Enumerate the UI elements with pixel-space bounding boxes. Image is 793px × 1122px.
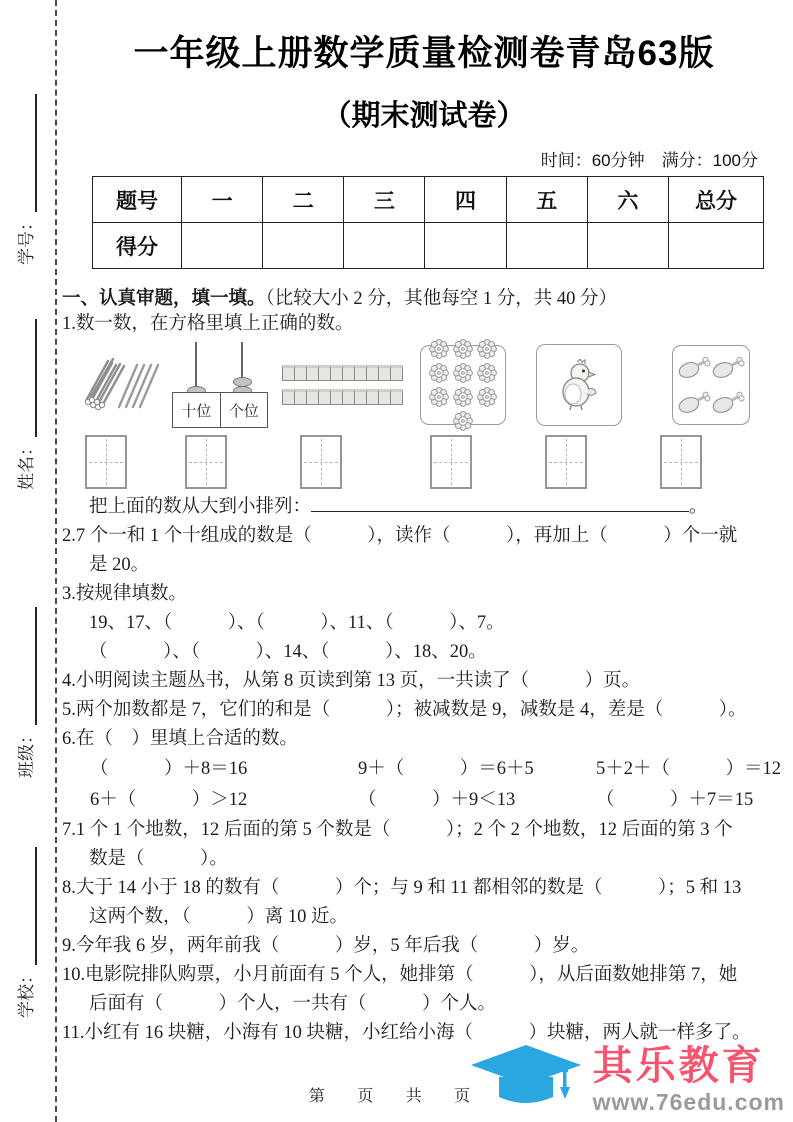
question-2-cont: 是 20。 [62, 551, 786, 580]
cube-rows-icon [282, 365, 402, 405]
question-6: 6.在（ ）里填上合适的数。 [62, 725, 786, 754]
page-title: 一年级上册数学质量检测卷青岛63版 [62, 26, 786, 76]
page-footer: 第 页 共 页 [309, 1083, 484, 1106]
sidebar-label: 学校： [12, 967, 37, 1018]
question-1: 1.数一数，在方格里填上正确的数。 [62, 310, 786, 339]
score-cell[interactable] [344, 223, 425, 269]
score-table: 题号 一 二 三 四 五 六 总分 得分 [92, 176, 764, 269]
tens-label: 十位 [173, 393, 221, 427]
ones-label: 个位 [221, 393, 268, 427]
question-1-answer-row [62, 433, 786, 493]
answer-box[interactable] [300, 435, 342, 489]
score-header: 六 [587, 177, 668, 223]
score-cell[interactable] [587, 223, 668, 269]
answer-box[interactable] [185, 435, 227, 489]
sidebar-blank-line[interactable] [31, 94, 37, 212]
question-2: 2.7 个一和 1 个十组成的数是（ ），读作（ ），再加上（ ）个一就 [62, 522, 786, 551]
question-7-cont: 数是（ ）。 [62, 845, 786, 874]
question-5: 5.两个加数都是 7，它们的和是（ ）；被减数是 9，减数是 4，差是（ ）。 [62, 696, 786, 725]
brand-name: 其乐教育 [593, 1034, 765, 1091]
flower-icon [428, 362, 450, 384]
score-cell[interactable] [182, 223, 263, 269]
section-1-points: （比较大小 2 分，其他每空 1 分，共 40 分） [266, 289, 618, 309]
question-9: 9.今年我 6 岁，两年前我（ ）岁，5 年后我（ ）岁。 [62, 932, 786, 961]
score-header: 一 [182, 177, 263, 223]
sidebar-blank-line[interactable] [31, 607, 37, 725]
flower-icon [452, 410, 474, 432]
flower-icon [452, 386, 474, 408]
answer-box[interactable] [85, 435, 127, 489]
drumstick-icon [677, 355, 711, 381]
question-8: 8.大于 14 小于 18 的数有（ ）个；与 9 和 11 都相邻的数是（ ）… [62, 874, 786, 903]
score-cell[interactable] [263, 223, 344, 269]
question-7: 7.1 个 1 个地数，12 后面的第 5 个数是（ ）；2 个 2 个地数，1… [62, 816, 786, 845]
section-1-title: 一、认真审题，填一填。 [62, 287, 266, 308]
flower-icon [476, 338, 498, 360]
expression: 6＋（ ）＞12 [90, 785, 358, 816]
chick-icon [557, 359, 601, 411]
question-1-pictures: 十位 个位 [62, 341, 786, 429]
answer-box[interactable] [660, 435, 702, 489]
sidebar-field-student-name[interactable]: 姓名： [13, 290, 37, 490]
score-header-row: 题号 一 二 三 四 五 六 总分 [93, 177, 764, 223]
expression: 5＋2＋（ ）＝12 [596, 754, 786, 785]
drumstick-icon [711, 355, 745, 381]
score-header: 总分 [669, 177, 764, 223]
score-header: 四 [425, 177, 506, 223]
exam-page: 学号： 姓名： 班级： 学校： 一年级上册数学质量检测卷青岛63版 （期末测试卷… [0, 0, 793, 1122]
question-6-expressions: （ ）＋8＝16 9＋（ ）＝6＋5 5＋2＋（ ）＝12 6＋（ ）＞12 （… [62, 754, 786, 816]
sort-prompt: 把上面的数从大到小排列： [89, 497, 311, 517]
place-value-abacus: 十位 个位 [172, 342, 268, 428]
drumsticks-box [672, 345, 750, 425]
drumstick-icon [677, 390, 711, 416]
graduation-cap-icon [465, 1037, 587, 1113]
cube-row [282, 365, 402, 381]
page-subtitle: （期末测试卷） [62, 93, 786, 134]
flower-icon [476, 362, 498, 384]
exam-meta: 时间：60分钟 满分：100分 [62, 146, 786, 171]
score-header: 五 [506, 177, 587, 223]
answer-box[interactable] [430, 435, 472, 489]
abacus-bead [233, 377, 252, 387]
expression: （ ）＋7＝15 [596, 785, 786, 816]
question-10-cont: 后面有（ ）个人，一共有（ ）个人。 [62, 990, 786, 1019]
sort-answer-blank[interactable] [311, 494, 689, 512]
score-header: 二 [263, 177, 344, 223]
score-cell[interactable] [425, 223, 506, 269]
sidebar-blank-line[interactable] [31, 319, 37, 437]
question-4: 4.小明阅读主题丛书，从第 8 页读到第 13 页，一共读了（ ）页。 [62, 667, 786, 696]
brand-text-block: 其乐教育 www.76edu.com [593, 1034, 785, 1116]
expression: （ ）＋8＝16 [90, 754, 358, 785]
flowers-box [420, 345, 506, 425]
sidebar-field-student-number[interactable]: 学号： [13, 65, 37, 265]
sidebar-field-school[interactable]: 学校： [13, 818, 37, 1018]
flower-icon [428, 338, 450, 360]
chick-box [536, 344, 622, 426]
sidebar-label: 姓名： [12, 439, 37, 490]
score-cell[interactable] [669, 223, 764, 269]
sidebar-label: 学号： [12, 214, 37, 265]
brand-logo: 其乐教育 www.76edu.com [465, 1034, 785, 1116]
question-3: 3.按规律填数。 [62, 580, 786, 609]
flower-icon [452, 338, 474, 360]
score-value-row: 得分 [93, 223, 764, 269]
flower-icon [476, 386, 498, 408]
expression: 9＋（ ）＝6＋5 [358, 754, 596, 785]
answer-box[interactable] [545, 435, 587, 489]
section-1-heading: 一、认真审题，填一填。（比较大小 2 分，其他每空 1 分，共 40 分） [62, 284, 786, 310]
expression: （ ）＋9＜13 [358, 785, 596, 816]
stick-bundle-icon [78, 349, 162, 421]
score-header: 题号 [93, 177, 182, 223]
cube-row [282, 389, 402, 405]
flower-icon [428, 386, 450, 408]
abacus-labels: 十位 个位 [172, 392, 268, 428]
drumstick-icon [711, 390, 745, 416]
brand-url: www.76edu.com [593, 1089, 785, 1116]
question-8-cont: 这两个数，（ ）离 10 近。 [62, 903, 786, 932]
score-row-label: 得分 [93, 223, 182, 269]
score-header: 三 [344, 177, 425, 223]
sort-suffix: 。 [689, 497, 708, 517]
sidebar-field-class[interactable]: 班级： [13, 578, 37, 778]
question-10: 10.电影院排队购票，小月前面有 5 个人，她排第（ ），从后面数她排第 7，她 [62, 961, 786, 990]
sidebar-blank-line[interactable] [31, 847, 37, 965]
cut-dashed-line [55, 0, 57, 1122]
question-3-seq2: （ ）、（ ）、14、（ ）、18、20。 [62, 638, 786, 667]
flower-icon [452, 362, 474, 384]
question-3-seq1: 19、17、（ ）、（ ）、11、（ ）、7。 [62, 609, 786, 638]
question-1-sort: 把上面的数从大到小排列：。 [62, 493, 786, 522]
sidebar-label: 班级： [12, 727, 37, 778]
score-cell[interactable] [506, 223, 587, 269]
